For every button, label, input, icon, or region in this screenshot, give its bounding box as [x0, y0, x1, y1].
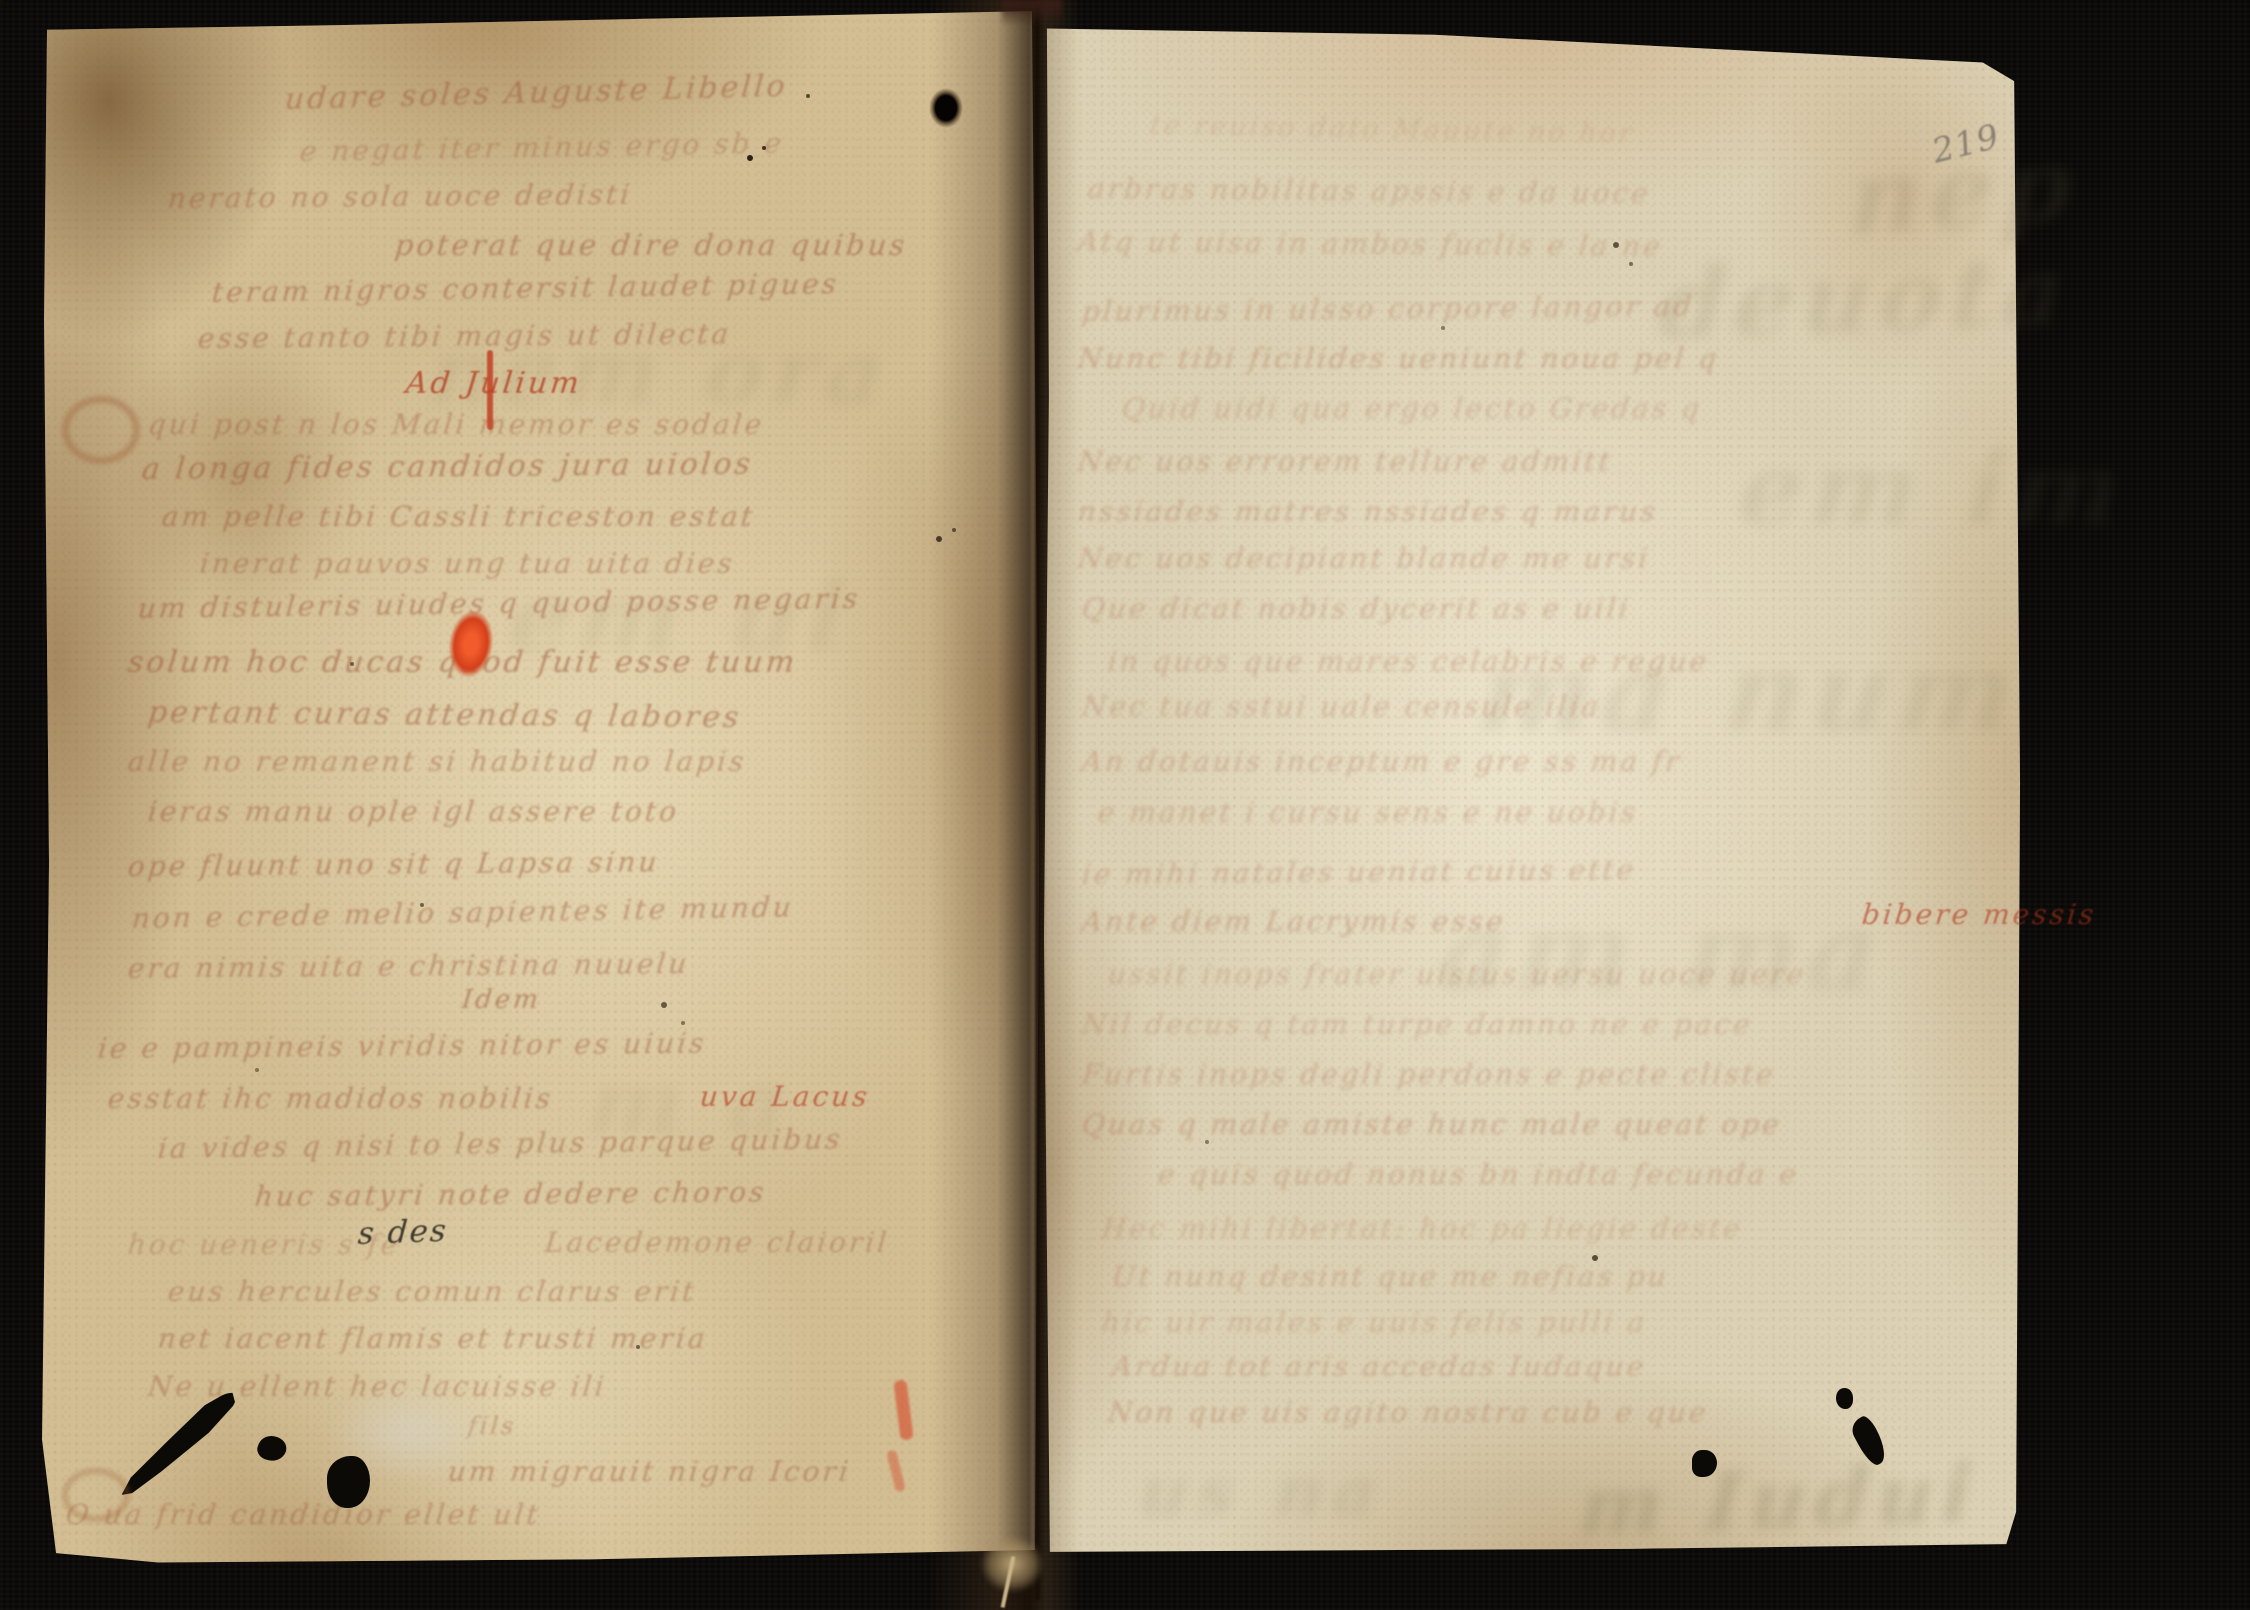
left-page-line: esse tanto tibi magis ut dilecta	[196, 317, 733, 355]
right-page-line: te reuiso dato Mauute no hor	[1148, 110, 1637, 149]
right-page-line: Non que uis agito nostra cub e que	[1106, 1396, 1710, 1429]
right-page-line: Atq ut uisa in ambos fuclis e la ne	[1076, 225, 1665, 263]
ink-blot	[1836, 1388, 1853, 1409]
left-page-line: O ua frid candidior ellet ult	[64, 1498, 542, 1531]
right-page-line: Quas q male amiste hunc male queat ope	[1080, 1108, 1783, 1141]
red-rubric-stroke	[487, 350, 493, 430]
handwritten-text-layer: nem oraem uim anepdeuotaem imma numam ma…	[0, 0, 2250, 1610]
left-page-line: nerato no sola uoce dedisti	[166, 178, 633, 215]
right-page-line: ussit inops frater uistus uersu uoce uer…	[1106, 958, 1808, 991]
worm-hole	[929, 88, 963, 128]
left-page-line: ieras manu ople igl assere toto	[146, 795, 681, 828]
right-page-line: plurimus in ulsso corpore langor ad	[1080, 290, 1696, 328]
left-page-line: era nimis uita e christina nuuelu	[126, 947, 691, 985]
left-page-line: huc satyri note dedere choros	[253, 1176, 768, 1213]
right-page-ghost-text: us na	[1136, 1452, 1389, 1532]
left-page-line: teram nigros contersit laudet pigues	[210, 267, 840, 309]
right-page-line: Ut nunq desint que me nefias pu	[1110, 1260, 1670, 1293]
stain-ring	[62, 1468, 130, 1522]
left-page-line: qui post n los Mali memor es sodale	[146, 408, 766, 441]
right-page-line: Nec uos decipiant blande me ursi	[1076, 542, 1652, 575]
right-page-line: Ante diem Lacrymis esse	[1080, 905, 1507, 938]
left-page-line: ia vides q nisi to les plus parque quibu…	[156, 1122, 844, 1165]
left-page-line: a longa fides candidos jura uiolos	[140, 447, 754, 487]
right-page-line: An dotauis inceptum e gre ss ma fr	[1080, 745, 1683, 778]
left-page-line: net iacent flamis et trusti meria	[156, 1322, 709, 1355]
right-page-line: nssiades matres nssiades q marus	[1076, 495, 1659, 528]
right-page-line: Nil decus q tam turpe damno ne e pace	[1080, 1008, 1754, 1041]
left-page-line: alle no remanent si habitud no lapis	[126, 745, 748, 778]
right-page-line: Hec mihi libertat: hoc pa liegie deste	[1100, 1212, 1744, 1245]
right-page-line: bibere messis	[1860, 898, 2098, 931]
left-page-line: esstat ihc madidos nobilis	[106, 1082, 555, 1115]
right-page-line: Quid uidi qua ergo lecto Gredas q	[1120, 392, 1704, 425]
right-page-line: Nec tua sstui uale censule ilia	[1080, 690, 1603, 723]
left-page-line: eus hercules comun clarus erit	[166, 1275, 698, 1308]
dirt-specks	[0, 0, 4, 4]
right-page-line: in quos que mares celabris e regue	[1106, 645, 1711, 678]
left-page-line: non e crede melio sapientes ite mundu	[131, 890, 796, 935]
right-page-line: ie mihi natales ueniat cuius ette	[1080, 853, 1638, 891]
right-page-line: e manet i cursu sens e ne uobis	[1096, 796, 1640, 829]
stain-ring	[62, 396, 140, 464]
left-page-line: e negat iter minus ergo sb e	[299, 127, 786, 169]
left-page-line: inerat pauvos ung tua uita dies	[198, 547, 736, 580]
right-page-line: arbras nobilitas apssis e da uoce	[1086, 172, 1653, 210]
ink-blot	[327, 1456, 370, 1508]
right-page-ghost-text: em im	[1734, 430, 2134, 548]
left-page-line: pertant curas attendas q labores	[146, 695, 743, 735]
left-page-line: Lacedemone claioril	[543, 1226, 891, 1259]
left-page-line: ope fluunt uno sit q Lapsa sinu	[126, 845, 661, 883]
left-page-line: am pelle tibi Cassli triceston estat	[160, 500, 757, 533]
left-page-line: ie e pampineis viridis nitor es uiuis	[96, 1027, 708, 1065]
right-page-line: Furtis inops degli perdons e pecte clist…	[1080, 1058, 1777, 1091]
left-page-line: udare soles Auguste Libello	[284, 69, 789, 117]
right-page-line: Ardua tot aris accedas Iudaque	[1110, 1350, 1648, 1383]
manuscript-photo: nem oraem uim anepdeuotaem imma numam ma…	[0, 0, 2250, 1610]
left-page-line: s des	[357, 1213, 449, 1252]
left-page-line: poterat que dire dona quibus	[393, 228, 909, 262]
left-page-line: uva Lacus	[698, 1080, 871, 1113]
left-page-line: Idem	[460, 985, 542, 1015]
right-page-line: Nec uos errorem tellure admitt	[1076, 445, 1614, 478]
left-page-line: Ad Julium	[404, 366, 583, 401]
right-page-line: Que dicat nobis dycerit as e uili	[1080, 592, 1632, 625]
right-page-line: e quis quod nonus bn indta fecunda e	[1156, 1158, 1800, 1191]
right-page-ghost-text: m Iudui	[1577, 1448, 1983, 1553]
right-page-line: hic uir males e uuis felis pulli a	[1100, 1306, 1649, 1339]
right-page-line: Nunc tibi ficilides ueniunt noua pel q	[1076, 342, 1721, 375]
